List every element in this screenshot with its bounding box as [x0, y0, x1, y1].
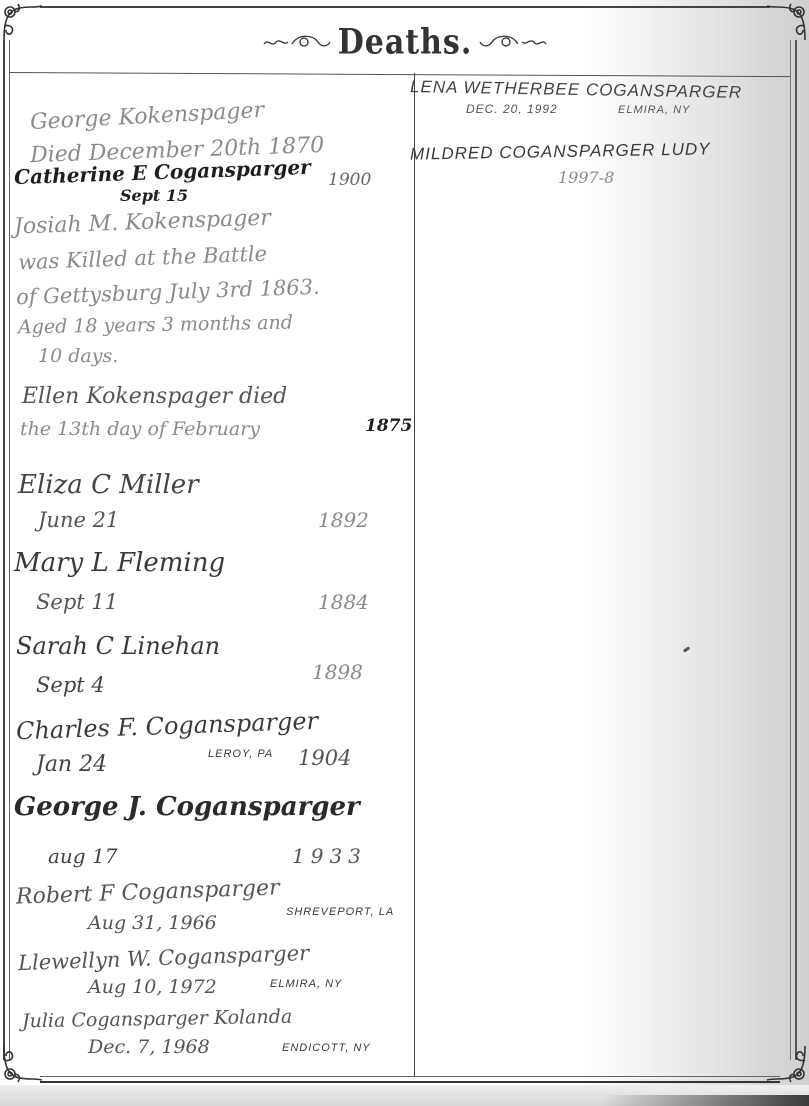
page-header: Deaths. [250, 22, 560, 62]
entry-name: Eliza C Miller [18, 470, 199, 500]
entry-name: George J. Cogansparger [14, 792, 360, 822]
entry-date: June 21 [38, 508, 119, 532]
entry-date: Jan 24 [36, 752, 107, 777]
entry-year: 1904 [298, 746, 351, 770]
entry-year: 1900 [328, 170, 371, 190]
entry-name: Mary L Fleming [14, 548, 225, 578]
entry-line: 10 days. [38, 345, 118, 367]
frame-bottom-inner-border [40, 1076, 780, 1077]
entry-name: Sarah C Linehan [16, 632, 220, 660]
entry-date: Sept 15 [120, 186, 188, 205]
page-title: Deaths. [338, 22, 473, 62]
entry-place: ENDICOTT, NY [282, 1042, 371, 1054]
entry-place: ELMIRA, NY [618, 104, 690, 116]
corner-ornament-icon [765, 0, 809, 44]
corner-ornament-icon [0, 0, 44, 44]
entry-year: 1892 [318, 508, 369, 532]
entry-date: 1997-8 [558, 168, 614, 187]
frame-top-border [40, 6, 770, 8]
entry-date: Sept 11 [36, 590, 118, 614]
corner-ornament-icon [765, 1042, 809, 1086]
entry-year: 1875 [365, 416, 412, 436]
entry-date: the 13th day of February [20, 418, 260, 440]
entry-year: 1884 [318, 590, 369, 614]
frame-bottom-border [40, 1081, 780, 1083]
entry-place: ELMIRA, NY [270, 978, 342, 990]
entry-year: 1933 [292, 844, 367, 868]
flourish-left-icon [262, 32, 332, 52]
column-divider [414, 73, 415, 1076]
frame-left-inner-border [9, 40, 10, 1060]
entry-date: Aug 10, 1972 [88, 976, 217, 998]
entry-place: SHREVEPORT, LA [286, 906, 394, 918]
entry-name: Ellen Kokenspager died [22, 384, 287, 409]
entry-name: Julia Cogansparger Kolanda [22, 1006, 293, 1033]
frame-right-border [795, 40, 797, 1060]
entry-date: Aug 31, 1966 [88, 912, 217, 934]
frame-left-border [3, 40, 5, 1060]
entry-year: 1898 [312, 660, 363, 684]
entry-date: Sept 4 [36, 673, 105, 697]
frame-right-inner-border [790, 40, 791, 1060]
flourish-right-icon [478, 32, 548, 52]
corner-ornament-icon [0, 1042, 44, 1086]
entry-place: LEROY, PA [208, 748, 273, 760]
entry-date: DEC. 20, 1992 [466, 102, 558, 116]
entry-date: Dec. 7, 1968 [88, 1036, 210, 1058]
entry-date: aug 17 [48, 844, 117, 868]
binding-shadow [600, 1095, 809, 1106]
